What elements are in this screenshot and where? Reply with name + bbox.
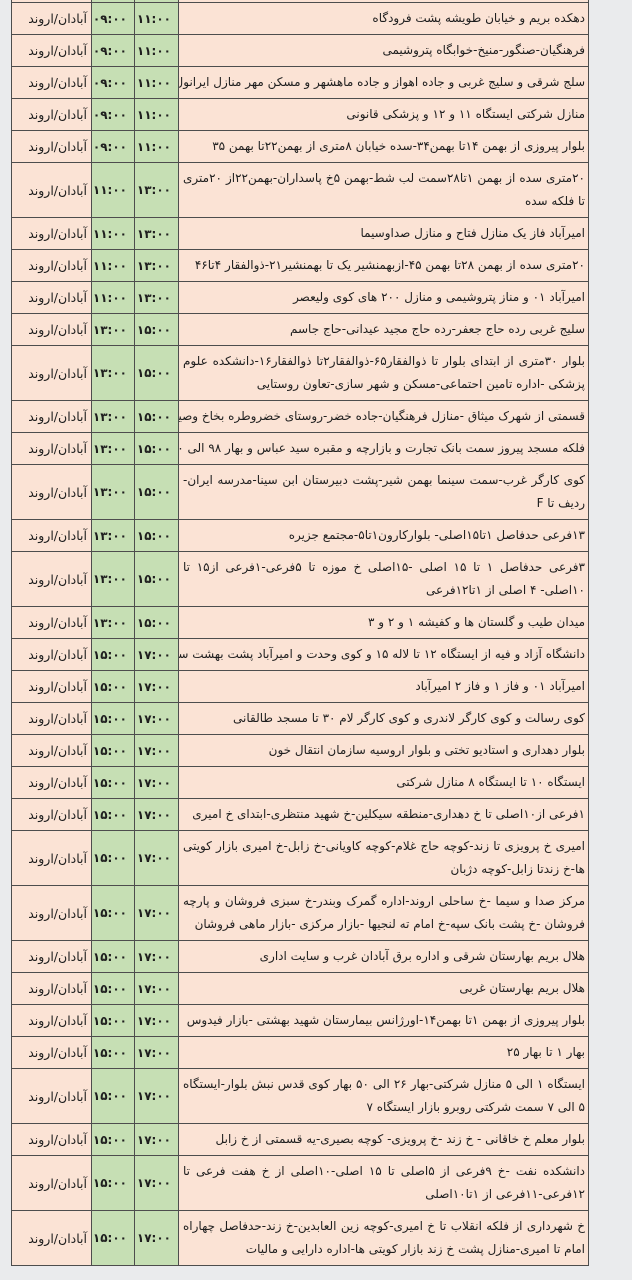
area-cell: سلیج غربی رده حاج جعفر-رده حاج مجید عیدا…: [179, 314, 588, 345]
start-time-cell: ۱۱:۰۰: [92, 163, 135, 217]
end-time-cell: ۱۷:۰۰: [135, 1069, 179, 1123]
outage-row: آبادان/اروند ۱۵:۰۰ ۱۷:۰۰ مرکز صدا و سیما…: [12, 886, 588, 941]
end-time-cell: ۱۷:۰۰: [135, 767, 179, 798]
start-time-cell: ۱۱:۰۰: [92, 218, 135, 249]
outage-row: آبادان/اروند ۱۵:۰۰ ۱۷:۰۰ کوی رسالت و کوی…: [12, 703, 588, 735]
region-cell: آبادان/اروند: [12, 703, 92, 734]
area-cell: بهار ۱ تا بهار ۲۵: [179, 1037, 588, 1068]
outage-row: آبادان/اروند ۰۹:۰۰ ۱۱:۰۰ دهکده بریم و خی…: [12, 3, 588, 35]
area-cell: کوی کارگر غرب-سمت سینما بهمن شیر-پشت دبی…: [179, 465, 588, 519]
outage-row: آبادان/اروند ۱۵:۰۰ ۱۷:۰۰ امیرآباد ۰۱ و ف…: [12, 671, 588, 703]
region-cell: آبادان/اروند: [12, 314, 92, 345]
area-cell: ۲۰متری سده از بهمن ۱تا۲۸سمت لب شط-بهمن ۵…: [179, 163, 588, 217]
start-time-cell: ۱۳:۰۰: [92, 433, 135, 464]
area-cell: امیرآباد ۰۱ و فاز ۱ و فاز ۲ امیرآباد: [179, 671, 588, 702]
area-cell: فرهنگیان-صنگور-منیخ-خوابگاه پتروشیمی: [179, 35, 588, 66]
outage-row: آبادان/اروند ۱۵:۰۰ ۱۷:۰۰ امیری خ پرویزی …: [12, 831, 588, 886]
end-time-cell: ۱۷:۰۰: [135, 831, 179, 885]
start-time-cell: ۱۵:۰۰: [92, 671, 135, 702]
region-cell: آبادان/اروند: [12, 163, 92, 217]
region-cell: آبادان/اروند: [12, 1069, 92, 1123]
outage-row: آبادان/اروند ۱۳:۰۰ ۱۵:۰۰ ۳فرعی حدفاصل ۱ …: [12, 552, 588, 607]
region-cell: آبادان/اروند: [12, 607, 92, 638]
end-time-cell: ۱۷:۰۰: [135, 886, 179, 940]
end-time-cell: ۱۳:۰۰: [135, 282, 179, 313]
end-time-cell: ۱۷:۰۰: [135, 799, 179, 830]
region-cell: آبادان/اروند: [12, 465, 92, 519]
end-time-cell: ۱۳:۰۰: [135, 163, 179, 217]
region-cell: آبادان/اروند: [12, 401, 92, 432]
outage-row: آبادان/اروند ۱۱:۰۰ ۱۳:۰۰ ۲۰متری سده از ب…: [12, 250, 588, 282]
start-time-cell: ۱۳:۰۰: [92, 314, 135, 345]
region-cell: آبادان/اروند: [12, 1037, 92, 1068]
region-cell: آبادان/اروند: [12, 520, 92, 551]
region-cell: آبادان/اروند: [12, 973, 92, 1004]
outage-row: آبادان/اروند ۰۹:۰۰ ۱۱:۰۰ فرهنگیان-صنگور-…: [12, 35, 588, 67]
start-time-cell: ۱۱:۰۰: [92, 250, 135, 281]
start-time-cell: ۱۳:۰۰: [92, 465, 135, 519]
start-time-cell: ۱۳:۰۰: [92, 346, 135, 400]
area-cell: قسمتی از شهرک میثاق -منازل فرهنگیان-جاده…: [179, 401, 588, 432]
region-cell: [12, 0, 92, 2]
start-time-cell: ۱۵:۰۰: [92, 1069, 135, 1123]
end-time-cell: ۱۷:۰۰: [135, 1156, 179, 1210]
start-time-cell: ۱۳:۰۰: [92, 552, 135, 606]
start-time-cell: ۰۹:۰۰: [92, 99, 135, 130]
area-cell: منازل شرکتی ایستگاه ۱۱ و ۱۲ و پزشکی قانو…: [179, 99, 588, 130]
area-cell: ایستگاه ۱۰ تا ایستگاه ۸ منازل شرکتی: [179, 767, 588, 798]
region-cell: آبادان/اروند: [12, 886, 92, 940]
end-time-cell: ۱۵:۰۰: [135, 465, 179, 519]
outage-schedule-view[interactable]: آبادان/اروند ۰۹:۰۰ ۱۱:۰۰ دهکده بریم و خی…: [0, 0, 632, 1280]
area-cell: دانشگاه آزاد و فیه از ایستگاه ۱۲ تا لاله…: [179, 639, 588, 670]
outage-row: آبادان/اروند ۱۵:۰۰ ۱۷:۰۰ دانشگاه آزاد و …: [12, 639, 588, 671]
outage-row: آبادان/اروند ۰۹:۰۰ ۱۱:۰۰ منازل شرکتی ایس…: [12, 99, 588, 131]
end-time-cell: ۱۵:۰۰: [135, 520, 179, 551]
outage-row: آبادان/اروند ۰۹:۰۰ ۱۱:۰۰ سلج شرقی و سلیج…: [12, 67, 588, 99]
outage-row: آبادان/اروند ۱۵:۰۰ ۱۷:۰۰ بلوار پیروزی از…: [12, 1005, 588, 1037]
region-cell: آبادان/اروند: [12, 250, 92, 281]
start-time-cell: ۱۵:۰۰: [92, 1156, 135, 1210]
end-time-cell: ۱۱:۰۰: [135, 67, 179, 98]
end-time-cell: ۱۵:۰۰: [135, 346, 179, 400]
start-time-cell: ۱۵:۰۰: [92, 973, 135, 1004]
region-cell: آبادان/اروند: [12, 767, 92, 798]
outage-row: آبادان/اروند ۱۳:۰۰ ۱۵:۰۰ بلوار ۳۰متری از…: [12, 346, 588, 401]
start-time-cell: ۱۵:۰۰: [92, 735, 135, 766]
area-cell: امیرآباد فاز یک منازل فتاح و منازل صداوس…: [179, 218, 588, 249]
start-time-cell: ۱۵:۰۰: [92, 767, 135, 798]
start-time-cell: ۱۵:۰۰: [92, 1211, 135, 1265]
outage-row: آبادان/اروند ۱۳:۰۰ ۱۵:۰۰ کوی کارگر غرب-س…: [12, 465, 588, 520]
end-time-cell: ۱۳:۰۰: [135, 250, 179, 281]
end-time-cell: ۱۷:۰۰: [135, 671, 179, 702]
end-time-cell: ۱۷:۰۰: [135, 1124, 179, 1155]
area-cell: هلال بریم بهارستان غربی: [179, 973, 588, 1004]
outage-row: آبادان/اروند ۱۱:۰۰ ۱۳:۰۰ امیرآباد فاز یک…: [12, 218, 588, 250]
area-cell: ایستگاه ۱ الی ۵ منازل شرکتی-بهار ۲۶ الی …: [179, 1069, 588, 1123]
outage-row: آبادان/اروند ۱۵:۰۰ ۱۷:۰۰ خ شهرداری از فل…: [12, 1211, 588, 1266]
outage-row: آبادان/اروند ۱۵:۰۰ ۱۷:۰۰ ۱فرعی از۱۰اصلی …: [12, 799, 588, 831]
end-time-cell: ۱۷:۰۰: [135, 639, 179, 670]
outage-row: آبادان/اروند ۱۵:۰۰ ۱۷:۰۰ بلوار دهداری و …: [12, 735, 588, 767]
start-time-cell: ۱۵:۰۰: [92, 831, 135, 885]
end-time-cell: ۱۱:۰۰: [135, 35, 179, 66]
area-cell: ۱فرعی از۱۰اصلی تا خ دهداری-منطقه سیکلین-…: [179, 799, 588, 830]
start-time-cell: ۱۵:۰۰: [92, 1124, 135, 1155]
area-cell: دانشکده نفت -خ ۹فرعی از ۵اصلی تا ۱۵ اصلی…: [179, 1156, 588, 1210]
end-time-cell: ۱۷:۰۰: [135, 703, 179, 734]
end-time-cell: ۱۷:۰۰: [135, 941, 179, 972]
outage-row: آبادان/اروند ۱۵:۰۰ ۱۷:۰۰ هلال بریم بهارس…: [12, 973, 588, 1005]
outage-row: آبادان/اروند ۱۵:۰۰ ۱۷:۰۰ ایستگاه ۱۰ تا ا…: [12, 767, 588, 799]
area-cell: کوی رسالت و کوی کارگر لاندری و کوی کارگر…: [179, 703, 588, 734]
area-cell: ۲۰متری سده از بهمن ۲۸تا بهمن ۴۵-ازبهمنشی…: [179, 250, 588, 281]
outage-row: آبادان/اروند ۰۹:۰۰ ۱۱:۰۰ بلوار پیروزی از…: [12, 131, 588, 163]
outage-row: آبادان/اروند ۱۵:۰۰ ۱۷:۰۰ بهار ۱ تا بهار …: [12, 1037, 588, 1069]
outage-row: آبادان/اروند ۱۵:۰۰ ۱۷:۰۰ بلوار معلم خ خا…: [12, 1124, 588, 1156]
area-cell: هلال بریم بهارستان شرقی و اداره برق آباد…: [179, 941, 588, 972]
region-cell: آبادان/اروند: [12, 3, 92, 34]
start-time-cell: ۰۹:۰۰: [92, 67, 135, 98]
area-cell: بلوار ۳۰متری از ابتدای بلوار تا ذوالفقار…: [179, 346, 588, 400]
area-cell: مرکز صدا و سیما -خ ساحلی اروند-اداره گمر…: [179, 886, 588, 940]
start-time-cell: ۰۹:۰۰: [92, 131, 135, 162]
start-time-cell: ۱۵:۰۰: [92, 639, 135, 670]
start-time-cell: [92, 0, 135, 2]
area-cell: میدان طیب و گلستان ها و کفیشه ۱ و ۲ و ۳: [179, 607, 588, 638]
area-cell: امیری خ پرویزی تا زند-کوچه حاج غلام-کوچه…: [179, 831, 588, 885]
outage-row: آبادان/اروند ۱۳:۰۰ ۱۵:۰۰ میدان طیب و گلس…: [12, 607, 588, 639]
start-time-cell: ۱۵:۰۰: [92, 941, 135, 972]
region-cell: آبادان/اروند: [12, 67, 92, 98]
area-cell: امیرآباد ۰۱ و مناز پتروشیمی و منازل ۲۰۰ …: [179, 282, 588, 313]
region-cell: آبادان/اروند: [12, 735, 92, 766]
region-cell: آبادان/اروند: [12, 831, 92, 885]
area-cell: بلوار پیروزی از بهمن ۱۴تا بهمن۳۴-سده خیا…: [179, 131, 588, 162]
end-time-cell: ۱۵:۰۰: [135, 401, 179, 432]
end-time-cell: ۱۱:۰۰: [135, 131, 179, 162]
area-cell: بلوار پیروزی از بهمن ۱تا بهمن۱۴-اورژانس …: [179, 1005, 588, 1036]
end-time-cell: ۱۱:۰۰: [135, 99, 179, 130]
outage-row: آبادان/اروند ۱۵:۰۰ ۱۷:۰۰ هلال بریم بهارس…: [12, 941, 588, 973]
area-cell: دهکده بریم و خیابان طویشه پشت فرودگاه: [179, 3, 588, 34]
end-time-cell: ۱۱:۰۰: [135, 3, 179, 34]
start-time-cell: ۱۵:۰۰: [92, 1037, 135, 1068]
end-time-cell: ۱۷:۰۰: [135, 1037, 179, 1068]
outage-table: آبادان/اروند ۰۹:۰۰ ۱۱:۰۰ دهکده بریم و خی…: [11, 0, 589, 1266]
start-time-cell: ۱۳:۰۰: [92, 520, 135, 551]
end-time-cell: ۱۵:۰۰: [135, 314, 179, 345]
area-cell: خ شهرداری از فلکه انقلاب تا خ امیری-کوچه…: [179, 1211, 588, 1265]
region-cell: آبادان/اروند: [12, 1005, 92, 1036]
region-cell: آبادان/اروند: [12, 671, 92, 702]
start-time-cell: ۱۵:۰۰: [92, 886, 135, 940]
area-cell: بلوار معلم خ خاقانی - خ زند -خ پرویزی- ک…: [179, 1124, 588, 1155]
start-time-cell: ۱۳:۰۰: [92, 607, 135, 638]
outage-row: آبادان/اروند ۱۱:۰۰ ۱۳:۰۰ ۲۰متری سده از ب…: [12, 163, 588, 218]
end-time-cell: ۱۷:۰۰: [135, 1211, 179, 1265]
start-time-cell: ۱۵:۰۰: [92, 703, 135, 734]
region-cell: آبادان/اروند: [12, 131, 92, 162]
outage-row: آبادان/اروند ۱۵:۰۰ ۱۷:۰۰ ایستگاه ۱ الی ۵…: [12, 1069, 588, 1124]
start-time-cell: ۱۵:۰۰: [92, 1005, 135, 1036]
region-cell: آبادان/اروند: [12, 218, 92, 249]
outage-row: آبادان/اروند ۱۱:۰۰ ۱۳:۰۰ امیرآباد ۰۱ و م…: [12, 282, 588, 314]
region-cell: آبادان/اروند: [12, 552, 92, 606]
start-time-cell: ۰۹:۰۰: [92, 35, 135, 66]
outage-row: آبادان/اروند ۱۳:۰۰ ۱۵:۰۰ قسمتی از شهرک م…: [12, 401, 588, 433]
end-time-cell: ۱۳:۰۰: [135, 218, 179, 249]
end-time-cell: ۱۷:۰۰: [135, 735, 179, 766]
end-time-cell: [135, 0, 179, 2]
region-cell: آبادان/اروند: [12, 1124, 92, 1155]
region-cell: آبادان/اروند: [12, 99, 92, 130]
end-time-cell: ۱۵:۰۰: [135, 433, 179, 464]
region-cell: آبادان/اروند: [12, 433, 92, 464]
region-cell: آبادان/اروند: [12, 639, 92, 670]
outage-row: آبادان/اروند ۱۵:۰۰ ۱۷:۰۰ دانشکده نفت -خ …: [12, 1156, 588, 1211]
start-time-cell: ۱۵:۰۰: [92, 799, 135, 830]
start-time-cell: ۱۱:۰۰: [92, 282, 135, 313]
outage-row: آبادان/اروند ۱۳:۰۰ ۱۵:۰۰ ۱۳فرعی حدفاصل ۱…: [12, 520, 588, 552]
area-cell: فلکه مسجد پیروز سمت بانک تجارت و بازارچه…: [179, 433, 588, 464]
region-cell: آبادان/اروند: [12, 35, 92, 66]
region-cell: آبادان/اروند: [12, 346, 92, 400]
area-cell: سلج شرقی و سلیج غربی و جاده اهواز و جاده…: [179, 67, 588, 98]
region-cell: آبادان/اروند: [12, 941, 92, 972]
region-cell: آبادان/اروند: [12, 1156, 92, 1210]
region-cell: آبادان/اروند: [12, 282, 92, 313]
region-cell: آبادان/اروند: [12, 799, 92, 830]
end-time-cell: ۱۵:۰۰: [135, 552, 179, 606]
region-cell: آبادان/اروند: [12, 1211, 92, 1265]
outage-row: آبادان/اروند ۱۳:۰۰ ۱۵:۰۰ سلیج غربی رده ح…: [12, 314, 588, 346]
area-cell: ۱۳فرعی حدفاصل ۱تا۱۵اصلی- بلوارکارون۱تا۵-…: [179, 520, 588, 551]
start-time-cell: ۱۳:۰۰: [92, 401, 135, 432]
start-time-cell: ۰۹:۰۰: [92, 3, 135, 34]
end-time-cell: ۱۷:۰۰: [135, 1005, 179, 1036]
area-cell: ۳فرعی حدفاصل ۱ تا ۱۵ اصلی -۱۵اصلی خ موزه…: [179, 552, 588, 606]
end-time-cell: ۱۷:۰۰: [135, 973, 179, 1004]
end-time-cell: ۱۵:۰۰: [135, 607, 179, 638]
area-cell: بلوار دهداری و استادیو تختی و بلوار اروس…: [179, 735, 588, 766]
outage-row: آبادان/اروند ۱۳:۰۰ ۱۵:۰۰ فلکه مسجد پیروز…: [12, 433, 588, 465]
